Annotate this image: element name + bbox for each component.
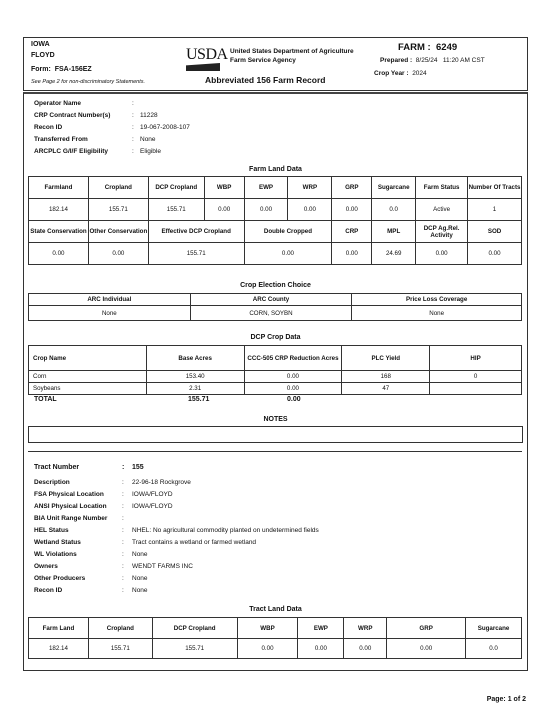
tract-number-row: Tract Number: 155 (34, 464, 334, 474)
agency-department: United States Department of Agriculture (230, 48, 354, 55)
farm-land-value-row-2: 0.000.00 155.71 0.00 0.0024.69 0.000.00 (29, 243, 522, 265)
farm-label: FARM : (398, 42, 431, 53)
crop-year-label: Crop Year : (374, 70, 409, 77)
crop-election-value-row: NoneCORN, SOYBNNone (29, 306, 522, 321)
crop-election-title: Crop Election Choice (24, 282, 527, 289)
tract-recon-id-row: Recon ID:None (34, 587, 514, 596)
page-number: Page: 1 of 2 (487, 696, 526, 703)
record-title: Abbreviated 156 Farm Record (205, 75, 325, 85)
crp-contract-row: CRP Contract Number(s): 11228 (34, 112, 234, 121)
farm-land-header-row-1: FarmlandCropland DCP CroplandWBP EWPWRP … (29, 177, 522, 199)
total-reduction-acres: 0.00 (287, 396, 301, 403)
wl-violations-row: WL Violations:None (34, 551, 514, 560)
notes-title: NOTES (24, 416, 527, 423)
prepared-time: 11:20 AM CST (443, 57, 485, 64)
farm-land-header-row-2: State ConservationOther Conservation Eff… (29, 221, 522, 243)
farm-number-line: FARM : 6249 (398, 42, 457, 53)
document-header: IOWA FLOYD Form: FSA-156EZ See Page 2 fo… (23, 37, 528, 91)
operator-name-row: Operator Name: (34, 100, 234, 109)
owners-row: Owners:WENDT FARMS INC (34, 563, 514, 572)
state-name: IOWA (31, 41, 50, 48)
tract-land-data-title: Tract Land Data (24, 606, 527, 613)
crop-election-header-row: ARC IndividualARC CountyPrice Loss Cover… (29, 294, 522, 306)
bia-unit-row: BIA Unit Range Number: (34, 515, 514, 524)
hel-status-row: HEL Status:NHEL: No agricultural commodi… (34, 527, 514, 536)
wetland-status-row: Wetland Status:Tract contains a wetland … (34, 539, 514, 548)
arcplc-eligibility-row: ARCPLC G/I/F Eligibility: Eligible (34, 148, 234, 157)
county-name: FLOYD (31, 52, 55, 59)
tract-land-value-row: 182.14155.71 155.710.00 0.000.00 0.000.0 (29, 639, 522, 659)
dcp-crop-data-title: DCP Crop Data (24, 334, 527, 341)
usda-logo-icon: USDA (186, 48, 226, 72)
crop-year: 2024 (412, 70, 426, 77)
notes-box (28, 426, 523, 443)
prepared-date: 8/25/24 (416, 57, 438, 64)
agency-name: Farm Service Agency (230, 57, 296, 64)
tract-land-header-row: Farm LandCropland DCP CroplandWBP EWPWRP… (29, 618, 522, 639)
dcp-header-row: Crop NameBase Acres CCC-505 CRP Reductio… (29, 346, 522, 371)
total-base-acres: 155.71 (188, 396, 209, 403)
disclaimer-note: See Page 2 for non-discriminatory Statem… (31, 79, 145, 85)
farm-land-value-row-1: 182.14155.71 155.710.00 0.000.00 0.000.0… (29, 199, 522, 221)
fsa-location-row: FSA Physical Location:IOWA/FLOYD (34, 491, 514, 500)
form-label: Form: (31, 66, 51, 73)
crop-election-table: ARC IndividualARC CountyPrice Loss Cover… (28, 293, 522, 321)
other-producers-row: Other Producers:None (34, 575, 514, 584)
prepared-label: Prepared : (380, 57, 412, 64)
ansi-location-row: ANSI Physical Location:IOWA/FLOYD (34, 503, 514, 512)
form-number: FSA-156EZ (55, 66, 92, 73)
total-label: TOTAL (34, 396, 57, 403)
transferred-from-row: Transferred From: None (34, 136, 234, 145)
recon-id-row: Recon ID: 19-067-2008-107 (34, 124, 234, 133)
tract-land-data-table: Farm LandCropland DCP CroplandWBP EWPWRP… (28, 617, 522, 659)
farm-number: 6249 (436, 42, 457, 53)
dcp-crop-data-table: Crop NameBase Acres CCC-505 CRP Reductio… (28, 345, 522, 395)
description-row: Description:22-96-18 Rockgrove (34, 479, 514, 488)
farm-land-data-table: FarmlandCropland DCP CroplandWBP EWPWRP … (28, 176, 522, 265)
section-divider (28, 451, 522, 452)
farm-land-data-title: Farm Land Data (24, 166, 527, 173)
table-row: Soybeans2.31 0.0047 (29, 383, 522, 395)
table-row: Corn153.40 0.001680 (29, 371, 522, 383)
farm-record-body: Operator Name: CRP Contract Number(s): 1… (23, 92, 528, 671)
